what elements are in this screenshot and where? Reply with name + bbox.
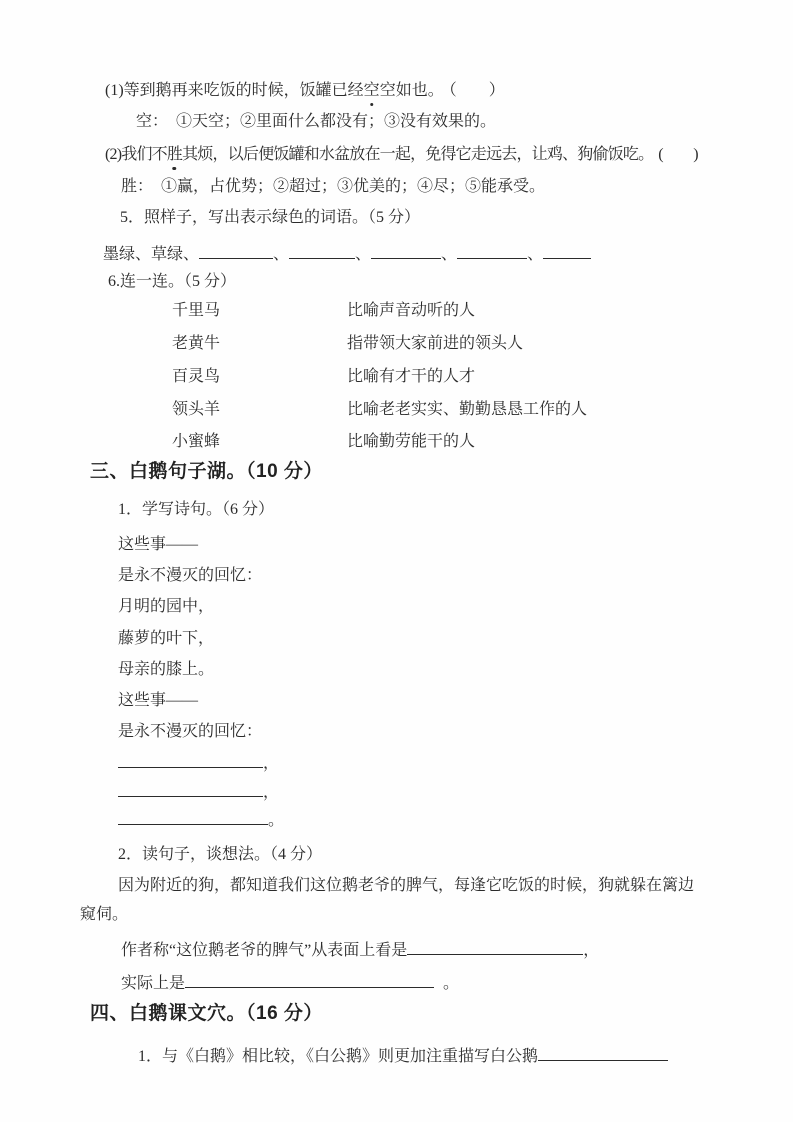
q5-fill-blank-3 bbox=[371, 242, 441, 259]
q5-separator: 、 bbox=[441, 246, 457, 263]
test-paper-page: (1)等到鹅再来吃饭的时候，饭罐已经空空如也。（ ） 空： ①天空；②里面什么都… bbox=[0, 0, 793, 1122]
poem-answer-line-1: ， bbox=[118, 751, 279, 774]
item1-text-pre: (1)等到鹅再来吃饭的时候，饭罐已经 bbox=[105, 82, 364, 99]
word-meaning-item-1: (1)等到鹅再来吃饭的时候，饭罐已经空空如也。（ ） bbox=[105, 81, 505, 101]
word-meaning-item-2: (2)我们不胜其烦，以后便饭罐和水盆放在一起，免得它走远去，让鸡、狗偷饭吃。( … bbox=[105, 145, 698, 165]
s3-q2-sentence-line-2: 窥伺。 bbox=[80, 905, 128, 925]
q5-separator: 、 bbox=[273, 246, 289, 263]
poem-line: 是永不漫灭的回忆： bbox=[118, 722, 262, 742]
poem-fill-blank-3 bbox=[118, 808, 268, 825]
match-left-item: 千里马 bbox=[172, 302, 220, 319]
item2-answer-bracket: ( ) bbox=[658, 146, 697, 163]
section-4-heading: 四、白鹅课文穴。（16 分） bbox=[90, 1004, 323, 1024]
poem-answer-line-2: ， bbox=[118, 780, 279, 803]
poem-blank-mark: 。 bbox=[268, 812, 284, 829]
poem-line: 藤萝的叶下， bbox=[118, 629, 214, 649]
question-5-prompt: 5．照样子，写出表示绿色的词语。（5 分） bbox=[120, 208, 420, 228]
q5-fill-blank-1 bbox=[199, 242, 273, 259]
s4-q1-line: 1．与《白鹅》相比较，《白公鹅》则更加注重描写白公鹅 bbox=[138, 1044, 668, 1067]
match-row-3: 百灵鸟 比喻有才干的人才 bbox=[172, 367, 692, 387]
match-row-4: 领头羊 比喻老老实实、勤勤恳恳工作的人 bbox=[172, 400, 692, 420]
s3-q2-actually-line: 实际上是。 bbox=[121, 971, 459, 994]
poem-line: 这些事—— bbox=[118, 691, 198, 711]
item2-text-post: 其烦，以后便饭罐和水盆放在一起，免得它走远去，让鸡、狗偷饭吃。 bbox=[182, 146, 653, 163]
q5-fill-blank-2 bbox=[289, 242, 355, 259]
match-row-2: 老黄牛 指带领大家前进的领头人 bbox=[172, 334, 692, 354]
poem-line: 母亲的膝上。 bbox=[118, 660, 214, 680]
actually-lead-text: 实际上是 bbox=[121, 975, 185, 992]
match-row-5: 小蜜蜂 比喻勤劳能干的人 bbox=[172, 432, 692, 452]
poem-line: 月明的园中， bbox=[118, 597, 214, 617]
q5-given-words: 墨绿、草绿、 bbox=[103, 246, 199, 263]
q5-fill-blank-4 bbox=[457, 242, 527, 259]
match-row-1: 千里马 比喻声音动听的人 bbox=[172, 301, 692, 321]
s3-q2-analysis-line: 作者称“这位鹅老爷的脾气”从表面上看是， bbox=[121, 938, 599, 961]
match-left-item: 百灵鸟 bbox=[172, 368, 220, 385]
q5-fill-blank-5 bbox=[543, 242, 591, 259]
poem-fill-blank-2 bbox=[118, 780, 263, 797]
item2-emphasized-char: 胜 bbox=[167, 145, 182, 165]
match-right-item: 比喻老老实实、勤勤恳恳工作的人 bbox=[347, 400, 587, 420]
match-right-item: 比喻声音动听的人 bbox=[347, 301, 475, 321]
item2-text-pre: (2)我们不 bbox=[105, 146, 167, 163]
poem-line: 是永不漫灭的回忆： bbox=[118, 566, 262, 586]
match-left-item: 小蜜蜂 bbox=[172, 433, 220, 450]
poem-fill-blank-1 bbox=[118, 751, 263, 768]
s4-q1-fill-blank bbox=[538, 1044, 668, 1061]
item1-text-post: 空如也。 bbox=[380, 82, 444, 99]
actually-mark: 。 bbox=[443, 975, 459, 992]
match-left-item: 领头羊 bbox=[172, 401, 220, 418]
poem-line: 这些事—— bbox=[118, 535, 198, 555]
analysis-lead-text: 作者称“这位鹅老爷的脾气”从表面上看是 bbox=[121, 942, 407, 959]
item1-gloss: 空： ①天空；②里面什么都没有；③没有效果的。 bbox=[136, 112, 496, 132]
question-6-prompt: 6.连一连。（5 分） bbox=[108, 272, 236, 292]
match-left-item: 老黄牛 bbox=[172, 335, 220, 352]
match-right-item: 指带领大家前进的领头人 bbox=[347, 334, 523, 354]
poem-answer-line-3: 。 bbox=[118, 808, 284, 831]
poem-blank-mark: ， bbox=[263, 755, 279, 772]
section-3-heading: 三、白鹅句子湖。（10 分） bbox=[90, 462, 323, 482]
q5-separator: 、 bbox=[355, 246, 371, 263]
s3-q1-prompt: 1．学写诗句。（6 分） bbox=[118, 500, 274, 520]
match-right-item: 比喻勤劳能干的人 bbox=[347, 432, 475, 452]
poem-blank-mark: ， bbox=[263, 784, 279, 801]
item2-gloss: 胜： ①赢，占优势；②超过；③优美的；④尽；⑤能承受。 bbox=[121, 177, 545, 197]
s3-q2-sentence-line-1: 因为附近的狗，都知道我们这位鹅老爷的脾气，每逢它吃饭的时候，狗就躲在篱边 bbox=[118, 876, 694, 896]
match-right-item: 比喻有才干的人才 bbox=[347, 367, 475, 387]
analysis-mark: ， bbox=[583, 942, 599, 959]
analysis-fill-blank bbox=[407, 938, 583, 955]
item1-emphasized-char: 空 bbox=[364, 81, 380, 101]
item1-answer-bracket: （ ） bbox=[449, 82, 505, 99]
s4-q1-lead-text: 1．与《白鹅》相比较，《白公鹅》则更加注重描写白公鹅 bbox=[138, 1048, 538, 1065]
actually-fill-blank bbox=[185, 971, 434, 988]
question-5-answer-line: 墨绿、草绿、、、、、 bbox=[103, 242, 591, 265]
s3-q2-prompt: 2．读句子，谈想法。（4 分） bbox=[118, 845, 322, 865]
q5-separator: 、 bbox=[527, 246, 543, 263]
